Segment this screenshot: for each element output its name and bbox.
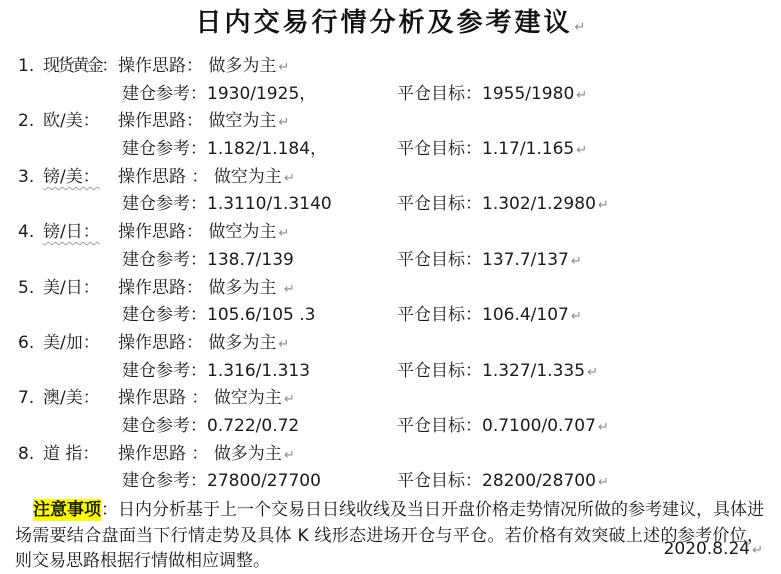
note-colon: ： [101, 500, 118, 520]
instrument-name: 美/日： [43, 275, 118, 303]
instrument-name: 现货黄金： [43, 53, 118, 81]
entry-ref-value: 27800/27700 [207, 468, 397, 496]
list-item: 5.美/日：操作思路： 做多为主 ↵ 建仓参考：105.6/105 .3平仓目标… [0, 275, 781, 330]
entry-ref-label: 建仓参考： [122, 139, 207, 159]
document-page: 日内交易行情分析及参考建议↵ 1.现货黄金：操作思路： 做多为主↵ 建仓参考：1… [0, 0, 781, 574]
entry-ref-label: 建仓参考： [122, 194, 207, 214]
op-idea-value: 做空为主 [214, 167, 282, 187]
op-idea-label: 操作思路 ： [118, 388, 208, 408]
op-idea-row: 5.美/日：操作思路： 做多为主 ↵ [0, 275, 781, 303]
op-idea-label: 操作思路 ： [118, 167, 208, 187]
paragraph-mark-icon: ↵ [278, 115, 289, 130]
date-text: 2020.8.24 [664, 539, 751, 559]
op-idea-label: 操作思路 ： [118, 444, 208, 464]
exit-target-value: 1.327/1.335 [482, 361, 585, 381]
exit-target-value: 28200/28700 [482, 471, 596, 491]
price-row: 建仓参考：0.722/0.72平仓目标：0.7100/0.707↵ [0, 413, 781, 441]
instrument-name: 镑/日： [43, 219, 118, 247]
entry-ref-label: 建仓参考： [122, 305, 207, 325]
op-idea-row: 1.现货黄金：操作思路： 做多为主↵ [0, 53, 781, 81]
paragraph-mark-icon: ↵ [278, 337, 289, 352]
list-item: 7.澳/美：操作思路 ： 做空为主↵ 建仓参考：0.722/0.72平仓目标：0… [0, 385, 781, 440]
page-title: 日内交易行情分析及参考建议↵ [0, 0, 781, 45]
exit-target-label: 平仓目标： [397, 84, 482, 104]
price-row: 建仓参考：105.6/105 .3平仓目标：106.4/107↵ [0, 302, 781, 330]
list-item: 6.美/加：操作思路： 做多为主↵ 建仓参考：1.316/1.313平仓目标：1… [0, 330, 781, 385]
op-idea-label: 操作思路： [118, 278, 203, 298]
paragraph-mark-icon: ↵ [284, 282, 295, 297]
paragraph-mark-icon: ↵ [284, 392, 295, 407]
paragraph-mark-icon: ↵ [752, 543, 763, 558]
exit-target-label: 平仓目标： [397, 305, 482, 325]
list-item: 2.欧/美：操作思路： 做空为主↵ 建仓参考：1.182/1.184，平仓目标：… [0, 108, 781, 163]
op-idea-value: 做多为主 [208, 278, 281, 298]
op-idea-value: 做多为主 [208, 56, 276, 76]
price-row: 建仓参考：1.182/1.184，平仓目标：1.17/1.165↵ [0, 136, 781, 164]
paragraph-mark-icon: ↵ [575, 20, 586, 35]
entry-ref-label: 建仓参考： [122, 416, 207, 436]
paragraph-mark-icon: ↵ [571, 254, 582, 269]
note-body: 日内分析基于上一个交易日日线收线及当日开盘价格走势情况所做的参考建议，具体进场需… [15, 500, 764, 571]
list-item: 3.镑/美：操作思路 ： 做空为主↵ 建仓参考：1.3110/1.3140平仓目… [0, 164, 781, 219]
entry-ref-value: 1930/1925， [207, 81, 397, 109]
op-idea-row: 7.澳/美：操作思路 ： 做空为主↵ [0, 385, 781, 413]
instrument-name: 欧/美： [43, 108, 118, 136]
paragraph-mark-icon: ↵ [576, 88, 587, 103]
paragraph-mark-icon: ↵ [598, 475, 609, 490]
paragraph-mark-icon: ↵ [576, 143, 587, 158]
exit-target-value: 106.4/107 [482, 305, 569, 325]
exit-target-label: 平仓目标： [397, 471, 482, 491]
op-idea-label: 操作思路： [118, 222, 203, 242]
exit-target-label: 平仓目标： [397, 416, 482, 436]
instrument-number: 7. [18, 385, 43, 413]
date-line: 2020.8.24↵ [664, 537, 763, 563]
entry-ref-label: 建仓参考： [122, 84, 207, 104]
exit-target-label: 平仓目标： [397, 194, 482, 214]
price-row: 建仓参考：27800/27700平仓目标：28200/28700↵ [0, 468, 781, 496]
entry-ref-value: 1.3110/1.3140 [207, 191, 397, 219]
list-item: 8.道 指：操作思路 ： 做多为主↵ 建仓参考：27800/27700平仓目标：… [0, 441, 781, 496]
entry-ref-value: 105.6/105 .3 [207, 302, 397, 330]
instrument-name: 镑/美： [43, 164, 118, 192]
instrument-number: 2. [18, 108, 43, 136]
note-heading: 注意事项 [33, 499, 101, 521]
op-idea-row: 8.道 指：操作思路 ： 做多为主↵ [0, 441, 781, 469]
exit-target-label: 平仓目标： [397, 250, 482, 270]
paragraph-mark-icon: ↵ [598, 198, 609, 213]
op-idea-row: 3.镑/美：操作思路 ： 做空为主↵ [0, 164, 781, 192]
instrument-number: 1. [18, 53, 43, 81]
paragraph-mark-icon: ↵ [598, 420, 609, 435]
exit-target-label: 平仓目标： [397, 139, 482, 159]
instrument-number: 4. [18, 219, 43, 247]
instrument-number: 6. [18, 330, 43, 358]
entry-ref-value: 1.182/1.184， [207, 136, 397, 164]
op-idea-value: 做空为主 [214, 388, 282, 408]
op-idea-row: 4.镑/日：操作思路： 做空为主↵ [0, 219, 781, 247]
price-row: 建仓参考：138.7/139平仓目标：137.7/137↵ [0, 247, 781, 275]
paragraph-mark-icon: ↵ [571, 309, 582, 324]
op-idea-label: 操作思路： [118, 111, 203, 131]
exit-target-value: 1955/1980 [482, 84, 574, 104]
exit-target-value: 1.302/1.2980 [482, 194, 596, 214]
price-row: 建仓参考：1.3110/1.3140平仓目标：1.302/1.2980↵ [0, 191, 781, 219]
entry-ref-label: 建仓参考： [122, 361, 207, 381]
notes-paragraph: 注意事项：日内分析基于上一个交易日日线收线及当日开盘价格走势情况所做的参考建议，… [15, 498, 764, 574]
entry-ref-label: 建仓参考： [122, 250, 207, 270]
paragraph-mark-icon: ↵ [278, 226, 289, 241]
op-idea-value: 做多为主 [208, 333, 276, 353]
entry-ref-value: 138.7/139 [207, 247, 397, 275]
instrument-number: 8. [18, 441, 43, 469]
price-row: 建仓参考：1930/1925，平仓目标：1955/1980↵ [0, 81, 781, 109]
op-idea-row: 2.欧/美：操作思路： 做空为主↵ [0, 108, 781, 136]
instrument-name: 美/加： [43, 330, 118, 358]
instrument-name: 澳/美： [43, 385, 118, 413]
trade-suggestion-list: 1.现货黄金：操作思路： 做多为主↵ 建仓参考：1930/1925，平仓目标：1… [0, 45, 781, 496]
op-idea-value: 做空为主 [208, 111, 276, 131]
exit-target-label: 平仓目标： [397, 361, 482, 381]
op-idea-row: 6.美/加：操作思路： 做多为主↵ [0, 330, 781, 358]
price-row: 建仓参考：1.316/1.313平仓目标：1.327/1.335↵ [0, 358, 781, 386]
op-idea-label: 操作思路： [118, 56, 203, 76]
op-idea-value: 做空为主 [208, 222, 276, 242]
paragraph-mark-icon: ↵ [587, 365, 598, 380]
page-title-text: 日内交易行情分析及参考建议 [196, 8, 573, 38]
exit-target-value: 0.7100/0.707 [482, 416, 596, 436]
instrument-name: 道 指： [43, 441, 118, 469]
op-idea-value: 做多为主 [214, 444, 282, 464]
list-item: 4.镑/日：操作思路： 做空为主↵ 建仓参考：138.7/139平仓目标：137… [0, 219, 781, 274]
op-idea-label: 操作思路： [118, 333, 203, 353]
instrument-number: 3. [18, 164, 43, 192]
entry-ref-value: 1.316/1.313 [207, 358, 397, 386]
instrument-number: 5. [18, 275, 43, 303]
entry-ref-value: 0.722/0.72 [207, 413, 397, 441]
paragraph-mark-icon: ↵ [278, 60, 289, 75]
exit-target-value: 1.17/1.165 [482, 139, 574, 159]
list-item: 1.现货黄金：操作思路： 做多为主↵ 建仓参考：1930/1925，平仓目标：1… [0, 53, 781, 108]
exit-target-value: 137.7/137 [482, 250, 569, 270]
paragraph-mark-icon: ↵ [284, 171, 295, 186]
paragraph-mark-icon: ↵ [284, 448, 295, 463]
entry-ref-label: 建仓参考： [122, 471, 207, 491]
